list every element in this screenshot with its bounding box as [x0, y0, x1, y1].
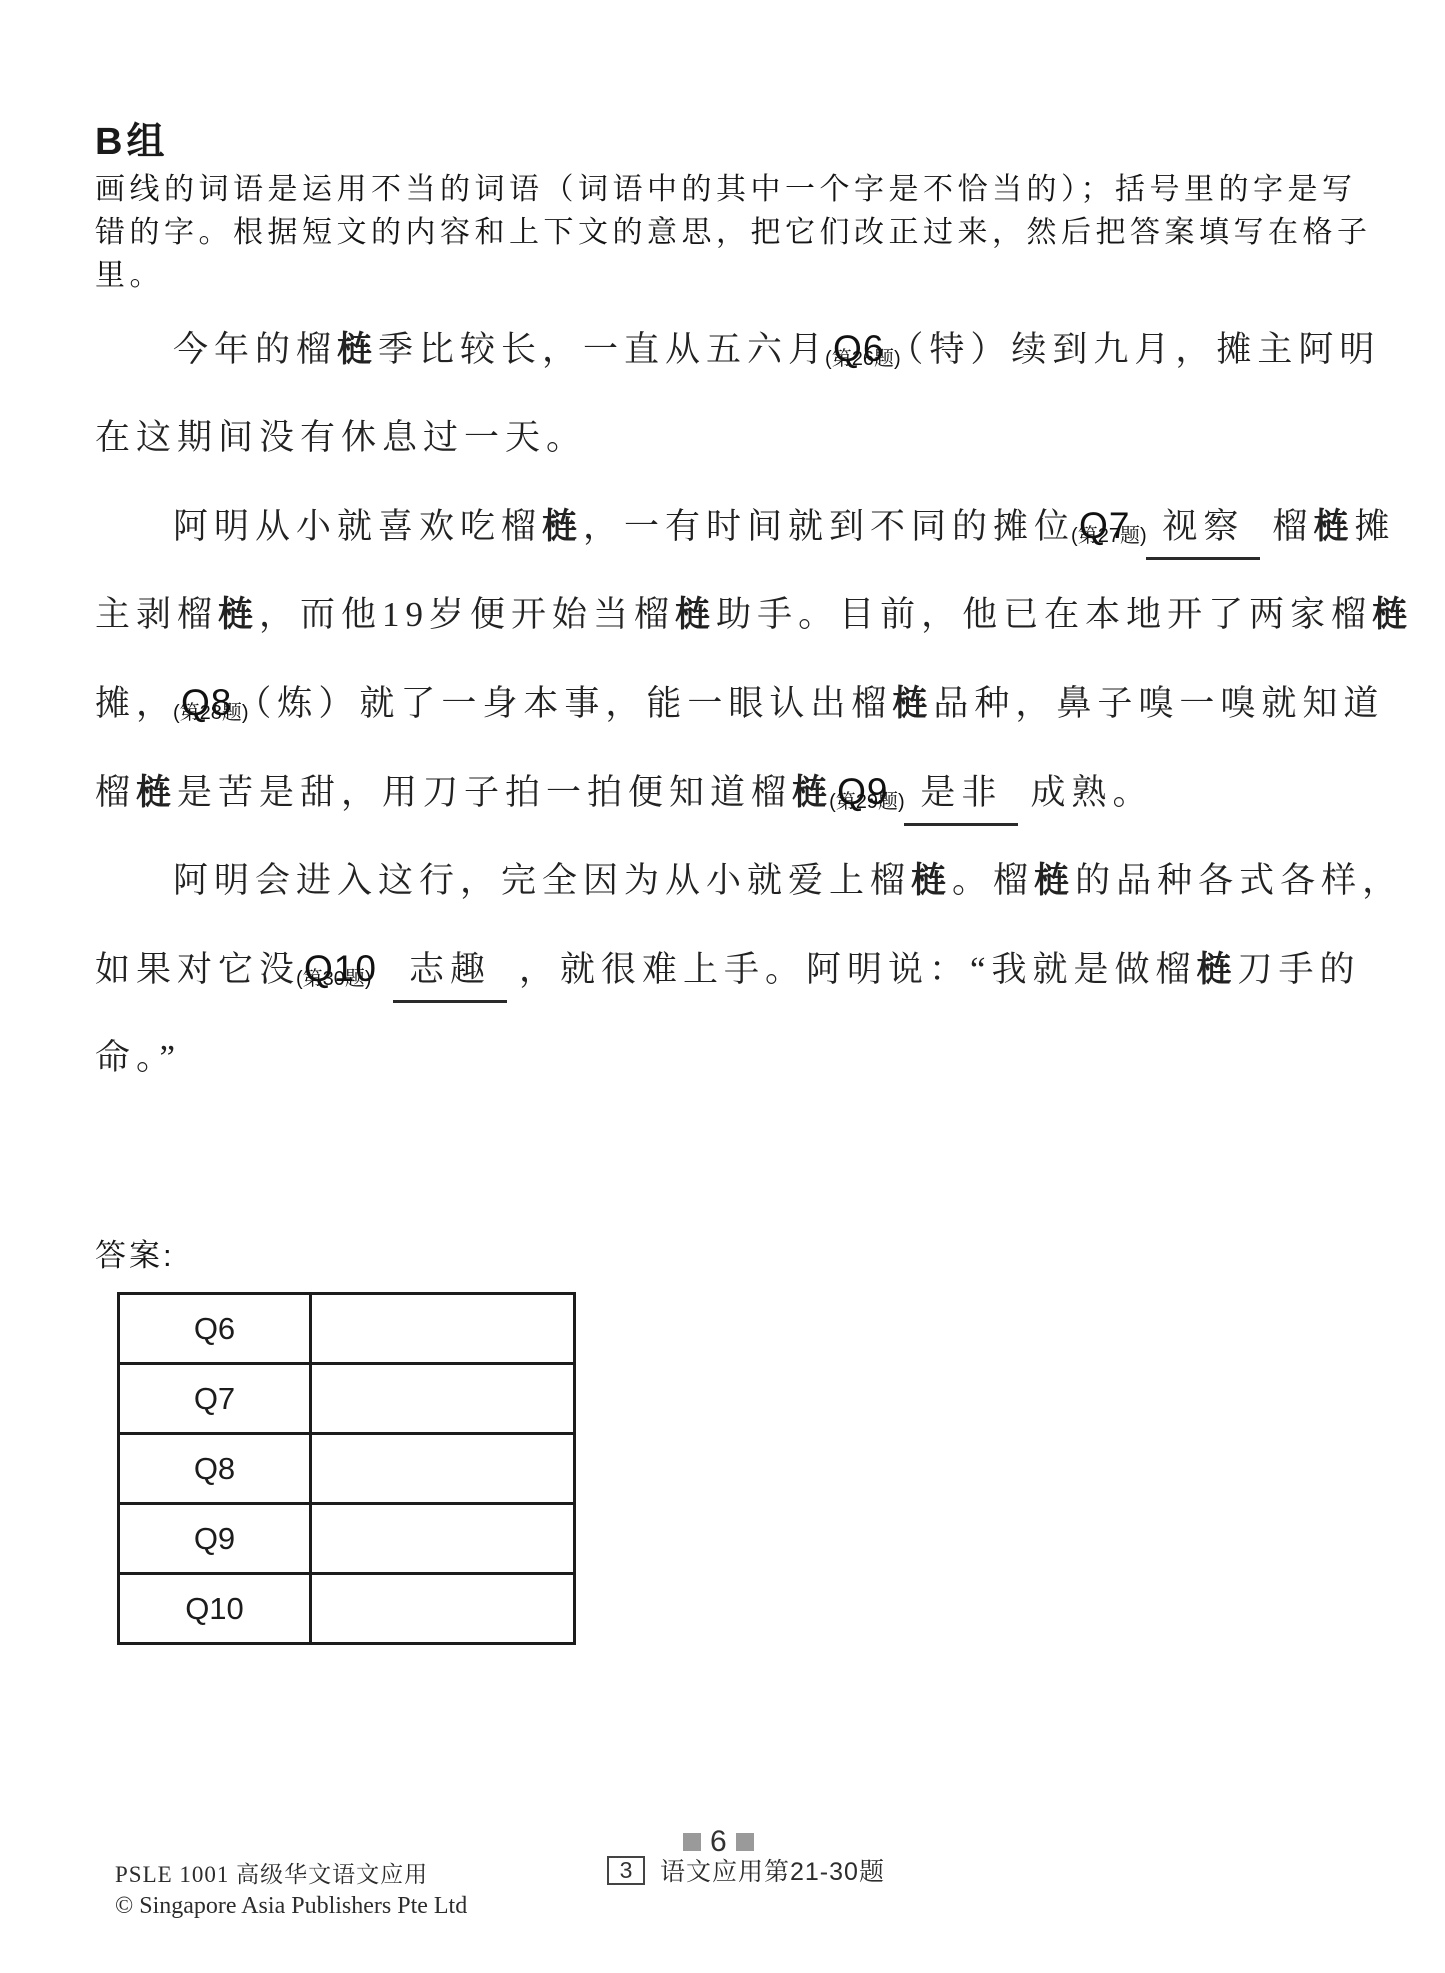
- question-ref-label: (第30题): [296, 969, 372, 989]
- section-title: B组: [95, 110, 168, 165]
- question-ref-label: (第26题): [825, 349, 901, 369]
- passage-line: 命。”: [95, 1014, 1385, 1102]
- answer-row: Q8: [119, 1434, 575, 1504]
- worksheet-page: B组 画线的词语是运用不当的词语（词语中的其中一个字是不恰当的）；括号里的字是写…: [0, 0, 1445, 1973]
- question-marker-q7: Q7(第27题): [1079, 482, 1130, 571]
- answer-question-label: Q10: [119, 1574, 311, 1644]
- passage-line: 阿明会进入这行，完全因为从小就爱上榴梿。榴梿的品种各式各样，: [95, 837, 1385, 925]
- instruction-line: 错的字。根据短文的内容和上下文的意思，把它们改正过来，然后把答案填写在格子: [95, 211, 1365, 254]
- section-label: 语文应用第21-30题: [660, 1852, 885, 1888]
- question-marker-q8: Q8(第28题): [181, 659, 232, 748]
- passage-line: 主剥榴梿，而他19岁便开始当榴梿助手。目前，他已在本地开了两家榴梿: [95, 571, 1385, 659]
- answer-question-label: Q7: [119, 1364, 311, 1434]
- copyright-notice: © Singapore Asia Publishers Pte Ltd: [115, 1893, 467, 1920]
- page-number-square-icon: [736, 1833, 754, 1851]
- passage-text: 成熟。: [1030, 773, 1153, 812]
- question-ref-label: (第28题): [173, 703, 249, 723]
- passage-text: 今年的榴梿季比较长，一直从五六月: [173, 330, 829, 369]
- passage: 今年的榴梿季比较长，一直从五六月Q6(第26题)（特）续到九月，摊主阿明在这期间…: [95, 305, 1385, 1102]
- section-number-box: 3: [607, 1856, 645, 1885]
- answer-value-cell: [311, 1434, 575, 1504]
- page-number-square-icon: [683, 1833, 701, 1851]
- question-ref-label: (第29题): [829, 792, 905, 812]
- answer-question-label: Q6: [119, 1294, 311, 1364]
- answer-question-label: Q8: [119, 1434, 311, 1504]
- question-marker-q10: Q10(第30题): [304, 925, 377, 1014]
- answers-table: Q6Q7Q8Q9Q10: [117, 1292, 576, 1645]
- passage-text: 榴梿是苦是甜，用刀子拍一拍便知道榴梿: [95, 773, 833, 812]
- passage-text: ，就很难上手。阿明说：“我就是做榴梿刀手的: [519, 950, 1361, 989]
- answer-row: Q10: [119, 1574, 575, 1644]
- instruction-line: 画线的词语是运用不当的词语（词语中的其中一个字是不恰当的）；括号里的字是写: [95, 168, 1365, 211]
- passage-text: 榴梿摊: [1272, 507, 1395, 546]
- passage-text: 如果对它没: [95, 950, 300, 989]
- answer-row: Q6: [119, 1294, 575, 1364]
- answer-value-cell: [311, 1364, 575, 1434]
- answer-value-cell: [311, 1504, 575, 1574]
- footer-section: 3 语文应用第21-30题: [607, 1852, 885, 1888]
- passage-line: 摊，Q8(第28题)（炼）就了一身本事，能一眼认出榴梿品种，鼻子嗅一嗅就知道: [95, 659, 1385, 748]
- passage-line: 如果对它没Q10(第30题)志趣，就很难上手。阿明说：“我就是做榴梿刀手的: [95, 925, 1385, 1014]
- question-ref-label: (第27题): [1071, 526, 1147, 546]
- passage-line: 阿明从小就喜欢吃榴梿，一有时间就到不同的摊位Q7(第27题)视察榴梿摊: [95, 482, 1385, 571]
- instruction-line: 里。: [95, 254, 1365, 297]
- passage-text: 命。”: [95, 1038, 181, 1077]
- answers-label: 答案:: [95, 1230, 175, 1275]
- answer-row: Q9: [119, 1504, 575, 1574]
- question-marker-q9: Q9(第29题): [837, 748, 888, 837]
- answers-table-body: Q6Q7Q8Q9Q10: [119, 1294, 575, 1644]
- passage-text: （炼）就了一身本事，能一眼认出榴梿品种，鼻子嗅一嗅就知道: [236, 684, 1384, 723]
- passage-text: （特）续到九月，摊主阿明: [888, 330, 1380, 369]
- passage-text: 主剥榴梿，而他19岁便开始当榴梿助手。目前，他已在本地开了两家榴梿: [95, 595, 1413, 634]
- question-marker-q6: Q6(第26题): [833, 305, 884, 394]
- answer-value-cell: [311, 1294, 575, 1364]
- answer-row: Q7: [119, 1364, 575, 1434]
- underlined-word: 视察: [1146, 499, 1260, 560]
- book-title: PSLE 1001 高级华文语文应用: [115, 1856, 428, 1889]
- underlined-word: 志趣: [393, 942, 507, 1003]
- passage-text: 摊，: [95, 684, 177, 723]
- instructions: 画线的词语是运用不当的词语（词语中的其中一个字是不恰当的）；括号里的字是写错的字…: [95, 168, 1365, 297]
- passage-text: 阿明会进入这行，完全因为从小就爱上榴梿。榴梿的品种各式各样，: [173, 861, 1403, 900]
- answer-question-label: Q9: [119, 1504, 311, 1574]
- passage-text: 在这期间没有休息过一天。: [95, 418, 587, 457]
- passage-line: 今年的榴梿季比较长，一直从五六月Q6(第26题)（特）续到九月，摊主阿明: [95, 305, 1385, 394]
- underlined-word: 是非: [904, 765, 1018, 826]
- passage-line: 榴梿是苦是甜，用刀子拍一拍便知道榴梿Q9(第29题)是非成熟。: [95, 748, 1385, 837]
- passage-line: 在这期间没有休息过一天。: [95, 394, 1385, 482]
- passage-text: 阿明从小就喜欢吃榴梿，一有时间就到不同的摊位: [173, 507, 1075, 546]
- answer-value-cell: [311, 1574, 575, 1644]
